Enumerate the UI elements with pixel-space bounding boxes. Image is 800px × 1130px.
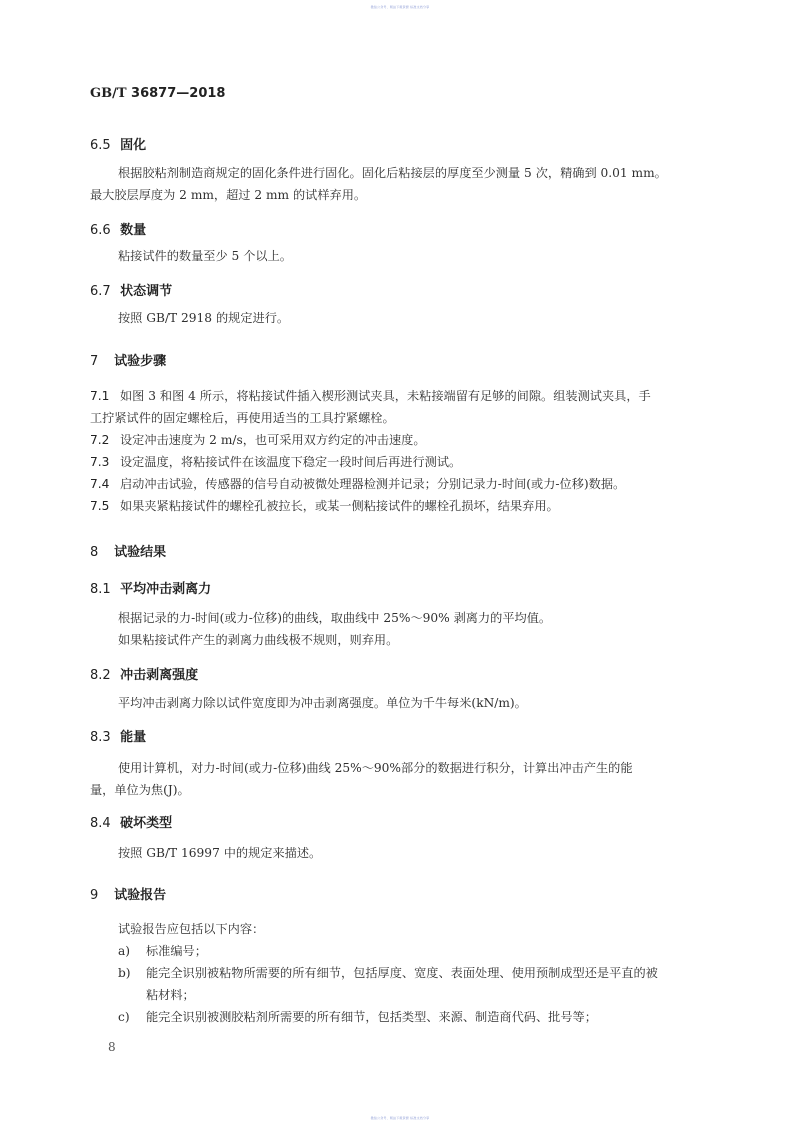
- standard-header: GB/T 36877—2018: [90, 86, 225, 101]
- paragraph: 使用计算机，对力-时间(或力-位移)曲线 25%～90%部分的数据进行积分，计算…: [90, 757, 720, 779]
- list-item-b-continued: 粘材料；: [90, 984, 720, 1006]
- paragraph: 平均冲击剥离力除以试件宽度即为冲击剥离强度。单位为千牛每米(kN/m)。: [90, 692, 720, 714]
- section-6-7-heading: 6.7 状态调节: [90, 280, 720, 299]
- page-number: 8: [108, 1040, 116, 1054]
- section-8-2-body: 平均冲击剥离力除以试件宽度即为冲击剥离强度。单位为千牛每米(kN/m)。: [90, 692, 720, 714]
- section-6-5-heading: 6.5 固化: [90, 134, 720, 153]
- section-7-heading: 7 试验步骤: [90, 350, 720, 369]
- step-7-2: 7.2设定冲击速度为 2 m/s，也可采用双方约定的冲击速度。: [90, 429, 720, 451]
- step-7-1-continued: 工拧紧试件的固定螺栓后，再使用适当的工具拧紧螺栓。: [90, 407, 720, 429]
- section-8-4-body: 按照 GB/T 16997 中的规定来描述。: [90, 842, 720, 864]
- paragraph: 根据胶粘剂制造商规定的固化条件进行固化。固化后粘接层的厚度至少测量 5 次，精确…: [90, 162, 720, 184]
- section-8-2-heading: 8.2 冲击剥离强度: [90, 664, 720, 683]
- paragraph: 最大胶层厚度为 2 mm，超过 2 mm 的试样弃用。: [90, 184, 720, 206]
- step-7-5: 7.5如果夹紧粘接试件的螺栓孔被拉长，或某一侧粘接试件的螺栓孔损坏，结果弃用。: [90, 495, 720, 517]
- section-8-1-heading: 8.1 平均冲击剥离力: [90, 578, 720, 597]
- standard-number: 36877—2018: [131, 86, 225, 101]
- list-item-a: a)标准编号；: [90, 940, 720, 962]
- paragraph: 根据记录的力-时间(或力-位移)的曲线，取曲线中 25%～90% 剥离力的平均值…: [90, 607, 720, 629]
- section-7-steps: 7.1如图 3 和图 4 所示，将粘接试件插入楔形测试夹具，未粘接端留有足够的间…: [90, 385, 720, 517]
- step-7-3: 7.3设定温度，将粘接试件在该温度下稳定一段时间后再进行测试。: [90, 451, 720, 473]
- list-item-b: b)能完全识别被粘物所需要的所有细节，包括厚度、宽度、表面处理、使用预制成型还是…: [90, 962, 720, 984]
- list-item-c: c)能完全识别被测胶粘剂所需要的所有细节，包括类型、来源、制造商代码、批号等；: [90, 1006, 720, 1028]
- paragraph: 按照 GB/T 2918 的规定进行。: [90, 307, 720, 329]
- section-6-5-body: 根据胶粘剂制造商规定的固化条件进行固化。固化后粘接层的厚度至少测量 5 次，精确…: [90, 162, 720, 206]
- paragraph: 试验报告应包括以下内容：: [90, 918, 720, 940]
- section-9-heading: 9 试验报告: [90, 884, 720, 903]
- watermark-bottom: 微信公众号、网站下载资源 标准文档分享: [0, 1116, 800, 1120]
- paragraph: 粘接试件的数量至少 5 个以上。: [90, 245, 720, 267]
- watermark-top: 微信公众号、网站下载资源 标准文档分享: [0, 5, 800, 9]
- section-9-body: 试验报告应包括以下内容： a)标准编号； b)能完全识别被粘物所需要的所有细节，…: [90, 918, 720, 1028]
- section-6-6-body: 粘接试件的数量至少 5 个以上。: [90, 245, 720, 267]
- paragraph: 按照 GB/T 16997 中的规定来描述。: [90, 842, 720, 864]
- section-8-heading: 8 试验结果: [90, 541, 720, 560]
- section-6-6-heading: 6.6 数量: [90, 219, 720, 238]
- step-7-4: 7.4启动冲击试验，传感器的信号自动被微处理器检测并记录；分别记录力-时间(或力…: [90, 473, 720, 495]
- section-6-7-body: 按照 GB/T 2918 的规定进行。: [90, 307, 720, 329]
- step-7-1: 7.1如图 3 和图 4 所示，将粘接试件插入楔形测试夹具，未粘接端留有足够的间…: [90, 385, 720, 407]
- section-8-3-body: 使用计算机，对力-时间(或力-位移)曲线 25%～90%部分的数据进行积分，计算…: [90, 757, 720, 801]
- standard-prefix: GB/T: [90, 86, 127, 101]
- section-8-4-heading: 8.4 破坏类型: [90, 812, 720, 831]
- section-8-3-heading: 8.3 能量: [90, 726, 720, 745]
- paragraph: 如果粘接试件产生的剥离力曲线极不规则，则弃用。: [90, 629, 720, 651]
- section-8-1-body: 根据记录的力-时间(或力-位移)的曲线，取曲线中 25%～90% 剥离力的平均值…: [90, 607, 720, 651]
- paragraph: 量，单位为焦(J)。: [90, 779, 720, 801]
